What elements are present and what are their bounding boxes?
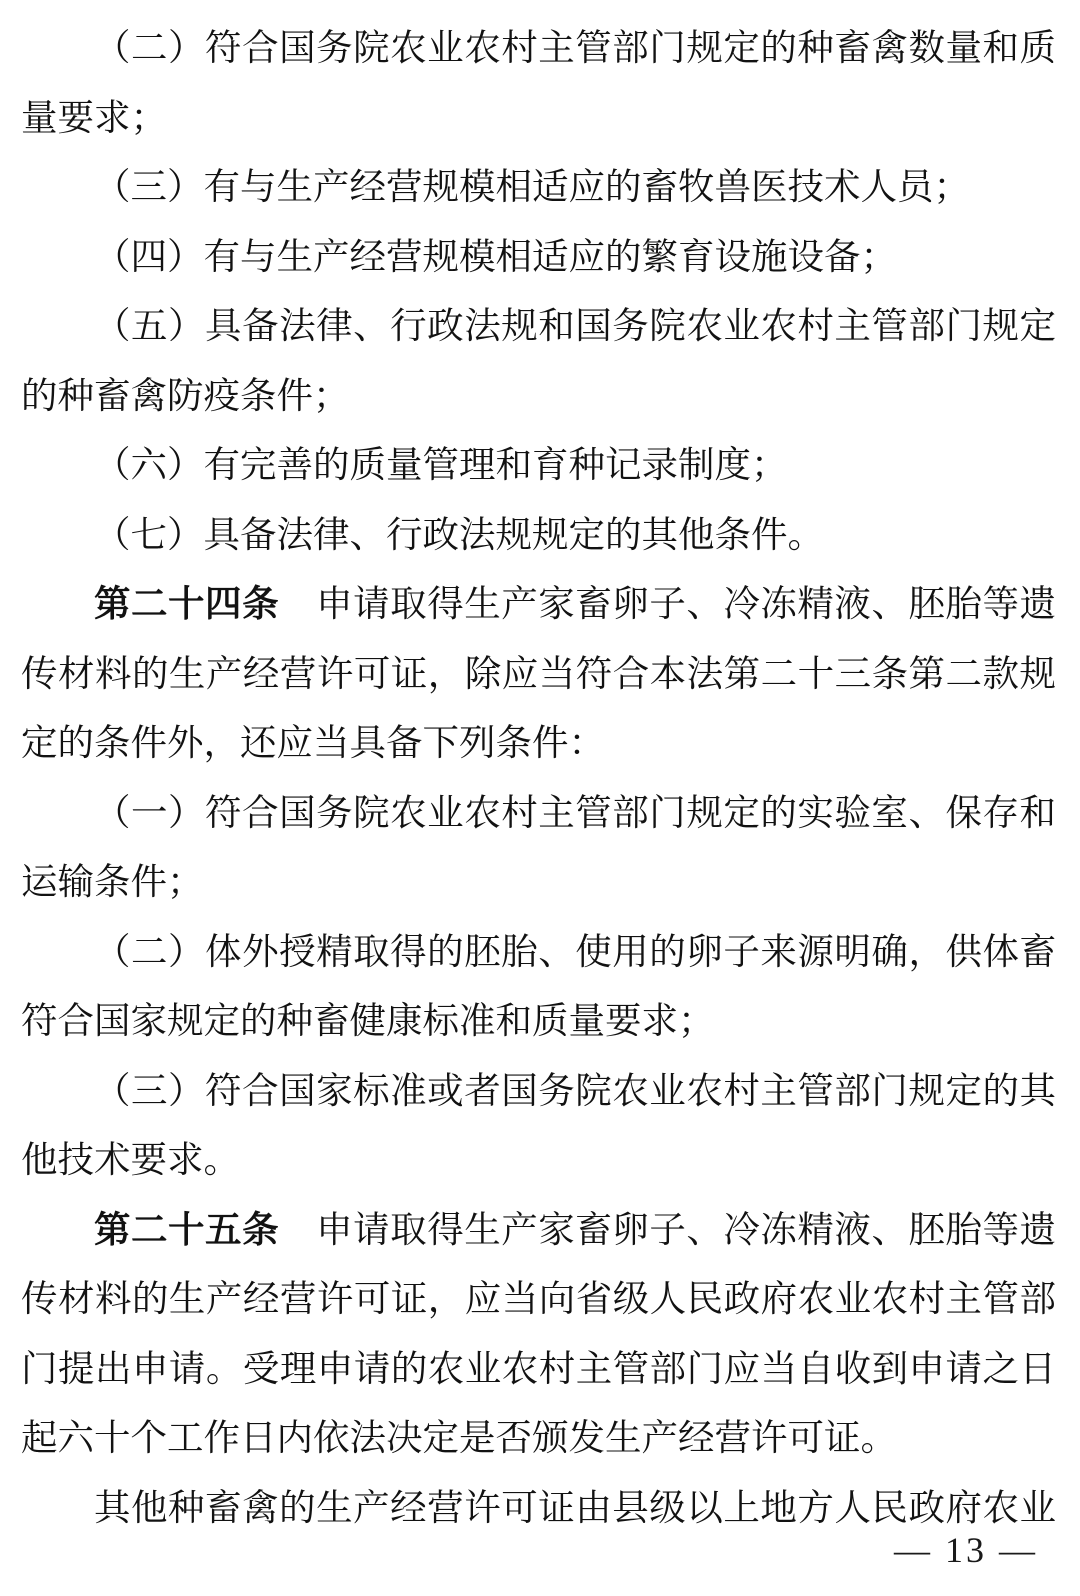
line-text: 量要求； (21, 97, 167, 138)
article-number: 第二十五条 (94, 1209, 279, 1250)
text-line: 定的条件外，还应当具备下列条件： (21, 708, 1056, 778)
line-text: （一）符合国务院农业农村主管部门规定的实验室、保存和 (94, 792, 1056, 833)
text-line: （二）体外授精取得的胚胎、使用的卵子来源明确，供体畜 (21, 917, 1056, 987)
text-line: （五）具备法律、行政法规和国务院农业农村主管部门规定 (21, 291, 1056, 361)
line-text: 传材料的生产经营许可证，应当向省级人民政府农业农村主管部 (21, 1278, 1056, 1319)
line-text: （五）具备法律、行政法规和国务院农业农村主管部门规定 (94, 305, 1056, 346)
text-line: 量要求； (21, 83, 1056, 153)
line-text: 申请取得生产家畜卵子、冷冻精液、胚胎等遗 (316, 1209, 1056, 1250)
text-line: 第二十五条 申请取得生产家畜卵子、冷冻精液、胚胎等遗 (21, 1195, 1056, 1265)
text-line: 门提出申请。受理申请的农业农村主管部门应当自收到申请之日 (21, 1334, 1056, 1404)
text-line: 符合国家规定的种畜健康标准和质量要求； (21, 986, 1056, 1056)
line-text: （三）有与生产经营规模相适应的畜牧兽医技术人员； (94, 166, 970, 207)
text-line: （七）具备法律、行政法规规定的其他条件。 (21, 500, 1056, 570)
line-text: 的种畜禽防疫条件； (21, 375, 350, 416)
line-text: 符合国家规定的种畜健康标准和质量要求； (21, 1000, 715, 1041)
line-text: 传材料的生产经营许可证，除应当符合本法第二十三条第二款规 (21, 653, 1056, 694)
text-line: （三）符合国家标准或者国务院农业农村主管部门规定的其 (21, 1056, 1056, 1126)
text-line: （二）符合国务院农业农村主管部门规定的种畜禽数量和质 (21, 13, 1056, 83)
line-text: （二）符合国务院农业农村主管部门规定的种畜禽数量和质 (94, 27, 1056, 68)
document-page: （二）符合国务院农业农村主管部门规定的种畜禽数量和质量要求；（三）有与生产经营规… (0, 0, 1080, 1596)
text-line: （三）有与生产经营规模相适应的畜牧兽医技术人员； (21, 152, 1056, 222)
line-text: （六）有完善的质量管理和育种记录制度； (94, 444, 788, 485)
line-text: 申请取得生产家畜卵子、冷冻精液、胚胎等遗 (316, 583, 1056, 624)
page-number: — 13 — (894, 1529, 1038, 1571)
line-text: 门提出申请。受理申请的农业农村主管部门应当自收到申请之日 (21, 1348, 1056, 1389)
text-line: （六）有完善的质量管理和育种记录制度； (21, 430, 1056, 500)
article-number: 第二十四条 (94, 583, 279, 624)
text-line: （一）符合国务院农业农村主管部门规定的实验室、保存和 (21, 778, 1056, 848)
text-line: 运输条件； (21, 847, 1056, 917)
line-text: （七）具备法律、行政法规规定的其他条件。 (94, 514, 824, 555)
line-text: （四）有与生产经营规模相适应的繁育设施设备； (94, 236, 897, 277)
text-block: （二）符合国务院农业农村主管部门规定的种畜禽数量和质量要求；（三）有与生产经营规… (21, 13, 1056, 1542)
text-line: 他技术要求。 (21, 1125, 1056, 1195)
text-line: （四）有与生产经营规模相适应的繁育设施设备； (21, 222, 1056, 292)
line-text: 其他种畜禽的生产经营许可证由县级以上地方人民政府农业 (94, 1487, 1056, 1528)
text-line: 的种畜禽防疫条件； (21, 361, 1056, 431)
line-text: 他技术要求。 (21, 1139, 240, 1180)
line-text: 运输条件； (21, 861, 204, 902)
text-line: 传材料的生产经营许可证，除应当符合本法第二十三条第二款规 (21, 639, 1056, 709)
text-line: 第二十四条 申请取得生产家畜卵子、冷冻精液、胚胎等遗 (21, 569, 1056, 639)
text-line: 起六十个工作日内依法决定是否颁发生产经营许可证。 (21, 1403, 1056, 1473)
line-text: 定的条件外，还应当具备下列条件： (21, 722, 605, 763)
line-text: （三）符合国家标准或者国务院农业农村主管部门规定的其 (94, 1070, 1056, 1111)
text-line: 传材料的生产经营许可证，应当向省级人民政府农业农村主管部 (21, 1264, 1056, 1334)
line-text: （二）体外授精取得的胚胎、使用的卵子来源明确，供体畜 (94, 931, 1056, 972)
line-text: 起六十个工作日内依法决定是否颁发生产经营许可证。 (21, 1417, 897, 1458)
